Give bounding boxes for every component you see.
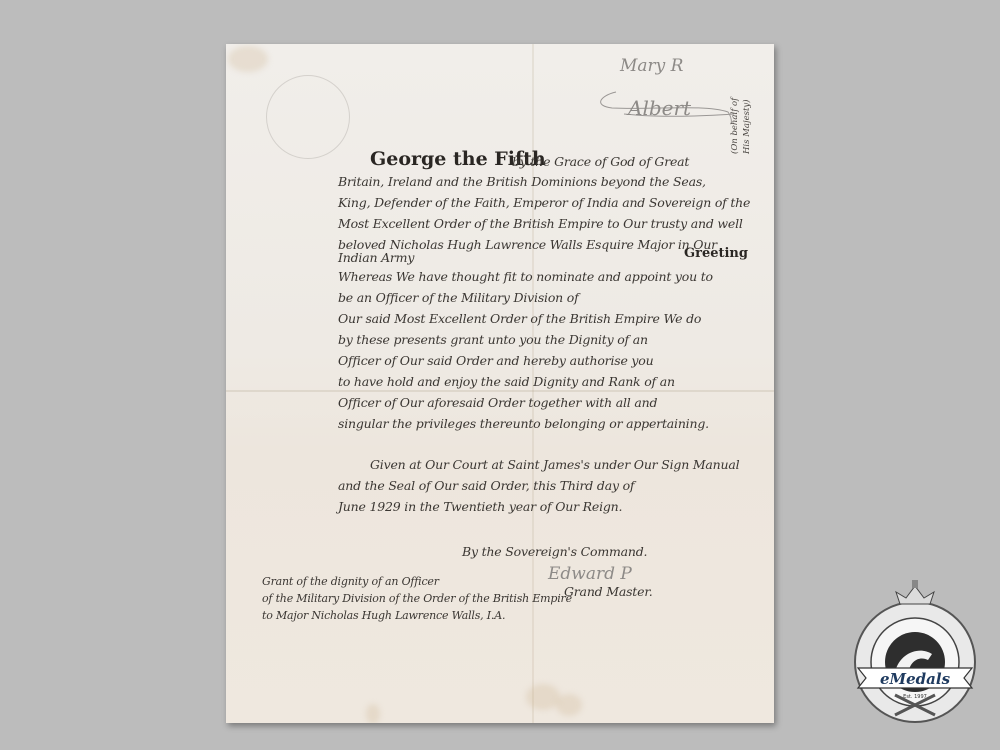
body-line: be an Officer of the Military Division o… — [338, 290, 579, 305]
embossed-seal — [266, 75, 350, 159]
body-line: by these presents grant unto you the Dig… — [338, 332, 648, 347]
horizontal-fold — [226, 390, 774, 392]
side-note: (On behalf of His Majesty) — [729, 98, 753, 154]
given-line: June 1929 in the Twentieth year of Our R… — [338, 499, 622, 514]
body-line: Officer of Our aforesaid Order together … — [338, 395, 657, 410]
body-line: Our said Most Excellent Order of the Bri… — [338, 311, 701, 326]
given-line: Given at Our Court at Saint James's unde… — [370, 457, 739, 472]
footer-line: of the Military Division of the Order of… — [262, 592, 572, 605]
grand-master-label: Grand Master. — [564, 584, 653, 599]
footer-line: Grant of the dignity of an Officer — [262, 575, 439, 588]
logo-badge-icon: eMedals Est. 1997 — [840, 580, 990, 730]
command-line: By the Sovereign's Command. — [462, 544, 647, 559]
stain — [228, 46, 268, 72]
body-line: Britain, Ireland and the British Dominio… — [338, 174, 706, 189]
signature-edward: Edward P — [548, 564, 632, 584]
stain — [526, 684, 560, 710]
svg-text:Est. 1997: Est. 1997 — [903, 694, 927, 700]
body-line: to have hold and enjoy the said Dignity … — [338, 374, 675, 389]
signature-albert: Albert — [628, 96, 691, 120]
svg-text:eMedals: eMedals — [880, 670, 951, 688]
given-line: and the Seal of Our said Order, this Thi… — [338, 478, 634, 493]
stain — [366, 704, 380, 723]
body-line: Most Excellent Order of the British Empi… — [338, 216, 743, 231]
footer-line: to Major Nicholas Hugh Lawrence Walls, I… — [262, 609, 505, 622]
body-line: Officer of Our said Order and hereby aut… — [338, 353, 653, 368]
stain — [556, 694, 582, 716]
body-line: singular the privileges thereunto belong… — [338, 416, 709, 431]
body-line: Whereas We have thought fit to nominate … — [338, 269, 713, 284]
body-line: Indian Army — [338, 250, 414, 265]
body-line: by the Grace of God of Great — [512, 154, 689, 169]
emedals-logo: eMedals Est. 1997 — [840, 580, 990, 730]
body-line: King, Defender of the Faith, Emperor of … — [338, 195, 750, 210]
certificate-document: Mary R Albert (On behalf of His Majesty)… — [226, 44, 774, 723]
